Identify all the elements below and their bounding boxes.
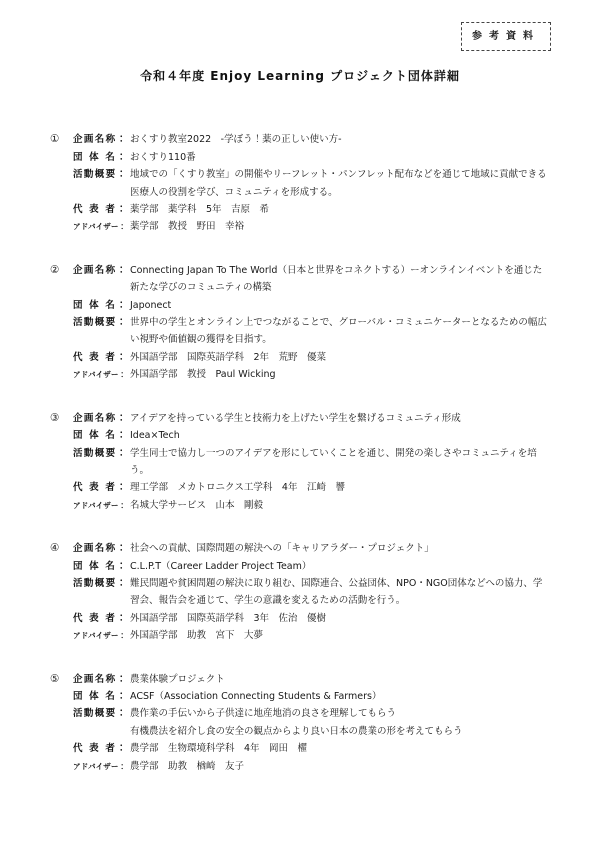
representative-name: 農学部 生物環境科学科 4年 岡田 櫂 bbox=[126, 740, 550, 757]
field-label-project: 企画名称： bbox=[73, 410, 126, 427]
advisor-name: 外国語学部 教授 Paul Wicking bbox=[126, 366, 550, 383]
entry-number: ⑤ bbox=[50, 671, 73, 688]
field-label-group: 団 体 名： bbox=[73, 688, 126, 705]
field-row-overview: 活動概要： 世界中の学生とオンライン上でつながることで、グローバル・コミュニケー… bbox=[50, 314, 550, 349]
project-name: アイデアを持っている学生と技術力を上げたい学生を繋げるコミュニティ形成 bbox=[126, 410, 550, 427]
field-row-overview: 活動概要： 農作業の手伝いから子供達に地産地消の良さを理解してもらう 有機農法を… bbox=[50, 705, 550, 740]
field-label-overview: 活動概要： bbox=[73, 705, 126, 722]
field-label-representative: 代 表 者： bbox=[73, 349, 126, 366]
activity-overview: 地域での「くすり教室」の開催やリーフレット・パンフレット配布などを通じて地域に貢… bbox=[126, 166, 550, 201]
project-entry-3: ③ 企画名称： アイデアを持っている学生と技術力を上げたい学生を繋げるコミュニテ… bbox=[50, 410, 550, 514]
entry-number: ④ bbox=[50, 540, 73, 557]
field-row-advisor: アドバイザー： 外国語学部 教授 Paul Wicking bbox=[50, 366, 550, 383]
representative-name: 外国語学部 国際英語学科 3年 佐治 優樹 bbox=[126, 610, 550, 627]
field-label-representative: 代 表 者： bbox=[73, 479, 126, 496]
field-label-group: 団 体 名： bbox=[73, 149, 126, 166]
advisor-name: 外国語学部 助教 宮下 大夢 bbox=[126, 627, 550, 644]
field-label-project: 企画名称： bbox=[73, 262, 126, 279]
group-name: おくすり110番 bbox=[126, 149, 550, 166]
project-entry-2: ② 企画名称： Connecting Japan To The World（日本… bbox=[50, 262, 550, 384]
field-row-project: ② 企画名称： Connecting Japan To The World（日本… bbox=[50, 262, 550, 297]
field-row-overview: 活動概要： 難民問題や貧困問題の解決に取り組む、国際連合、公益団体、NPO・NG… bbox=[50, 575, 550, 610]
advisor-name: 名城大学サービス 山本 剛毅 bbox=[126, 497, 550, 514]
field-row-group: 団 体 名： おくすり110番 bbox=[50, 149, 550, 166]
field-row-advisor: アドバイザー： 名城大学サービス 山本 剛毅 bbox=[50, 497, 550, 514]
group-name: Japonect bbox=[126, 297, 550, 314]
field-label-group: 団 体 名： bbox=[73, 297, 126, 314]
representative-name: 外国語学部 国際英語学科 2年 荒野 優菜 bbox=[126, 349, 550, 366]
advisor-name: 薬学部 教授 野田 幸裕 bbox=[126, 218, 550, 235]
document-page: 参考資料 令和４年度 Enjoy Learning プロジェクト団体詳細 ① 企… bbox=[0, 0, 595, 842]
field-label-overview: 活動概要： bbox=[73, 166, 126, 183]
field-label-group: 団 体 名： bbox=[73, 427, 126, 444]
project-entry-5: ⑤ 企画名称： 農業体験プロジェクト 団 体 名： ACSF（Associati… bbox=[50, 671, 550, 775]
field-row-group: 団 体 名： Idea×Tech bbox=[50, 427, 550, 444]
field-label-advisor: アドバイザー： bbox=[73, 758, 126, 775]
field-row-representative: 代 表 者： 外国語学部 国際英語学科 3年 佐治 優樹 bbox=[50, 610, 550, 627]
project-entry-1: ① 企画名称： おくすり教室2022 -学ぼう！薬の正しい使い方- 団 体 名：… bbox=[50, 131, 550, 235]
page-title: 令和４年度 Enjoy Learning プロジェクト団体詳細 bbox=[50, 68, 550, 85]
project-name: Connecting Japan To The World（日本と世界をコネクト… bbox=[126, 262, 550, 297]
field-label-project: 企画名称： bbox=[73, 671, 126, 688]
field-label-advisor: アドバイザー： bbox=[73, 366, 126, 383]
group-name: ACSF（Association Connecting Students & F… bbox=[126, 688, 550, 705]
field-row-advisor: アドバイザー： 外国語学部 助教 宮下 大夢 bbox=[50, 627, 550, 644]
activity-overview: 難民問題や貧困問題の解決に取り組む、国際連合、公益団体、NPO・NGO団体などへ… bbox=[126, 575, 550, 610]
project-name: おくすり教室2022 -学ぼう！薬の正しい使い方- bbox=[126, 131, 550, 148]
field-label-overview: 活動概要： bbox=[73, 445, 126, 462]
project-name: 農業体験プロジェクト bbox=[126, 671, 550, 688]
entry-number: ① bbox=[50, 131, 73, 148]
entry-number: ③ bbox=[50, 410, 73, 427]
field-label-advisor: アドバイザー： bbox=[73, 218, 126, 235]
field-row-project: ⑤ 企画名称： 農業体験プロジェクト bbox=[50, 671, 550, 688]
group-name: Idea×Tech bbox=[126, 427, 550, 444]
field-label-advisor: アドバイザー： bbox=[73, 497, 126, 514]
field-row-representative: 代 表 者： 薬学部 薬学科 5年 吉原 希 bbox=[50, 201, 550, 218]
field-label-representative: 代 表 者： bbox=[73, 610, 126, 627]
field-row-representative: 代 表 者： 農学部 生物環境科学科 4年 岡田 櫂 bbox=[50, 740, 550, 757]
reference-stamp-box: 参考資料 bbox=[461, 22, 551, 51]
reference-stamp-label: 参考資料 bbox=[472, 31, 540, 42]
project-entry-4: ④ 企画名称： 社会への貢献、国際問題の解決への「キャリアラダー・プロジェクト」… bbox=[50, 540, 550, 644]
entry-list: ① 企画名称： おくすり教室2022 -学ぼう！薬の正しい使い方- 団 体 名：… bbox=[50, 131, 550, 775]
field-row-overview: 活動概要： 地域での「くすり教室」の開催やリーフレット・パンフレット配布などを通… bbox=[50, 166, 550, 201]
entry-number: ② bbox=[50, 262, 73, 279]
field-label-representative: 代 表 者： bbox=[73, 740, 126, 757]
advisor-name: 農学部 助教 楢崎 友子 bbox=[126, 758, 550, 775]
representative-name: 薬学部 薬学科 5年 吉原 希 bbox=[126, 201, 550, 218]
field-label-overview: 活動概要： bbox=[73, 314, 126, 331]
field-label-project: 企画名称： bbox=[73, 540, 126, 557]
field-row-group: 団 体 名： ACSF（Association Connecting Stude… bbox=[50, 688, 550, 705]
field-label-advisor: アドバイザー： bbox=[73, 627, 126, 644]
representative-name: 理工学部 メカトロニクス工学科 4年 江崎 響 bbox=[126, 479, 550, 496]
field-row-representative: 代 表 者： 理工学部 メカトロニクス工学科 4年 江崎 響 bbox=[50, 479, 550, 496]
field-row-advisor: アドバイザー： 薬学部 教授 野田 幸裕 bbox=[50, 218, 550, 235]
field-row-project: ③ 企画名称： アイデアを持っている学生と技術力を上げたい学生を繋げるコミュニテ… bbox=[50, 410, 550, 427]
field-label-overview: 活動概要： bbox=[73, 575, 126, 592]
field-row-project: ① 企画名称： おくすり教室2022 -学ぼう！薬の正しい使い方- bbox=[50, 131, 550, 148]
field-label-group: 団 体 名： bbox=[73, 558, 126, 575]
field-row-project: ④ 企画名称： 社会への貢献、国際問題の解決への「キャリアラダー・プロジェクト」 bbox=[50, 540, 550, 557]
field-row-advisor: アドバイザー： 農学部 助教 楢崎 友子 bbox=[50, 758, 550, 775]
activity-overview: 世界中の学生とオンライン上でつながることで、グローバル・コミュニケーターとなるた… bbox=[126, 314, 550, 349]
field-label-representative: 代 表 者： bbox=[73, 201, 126, 218]
field-row-representative: 代 表 者： 外国語学部 国際英語学科 2年 荒野 優菜 bbox=[50, 349, 550, 366]
field-row-group: 団 体 名： Japonect bbox=[50, 297, 550, 314]
field-row-overview: 活動概要： 学生同士で協力し一つのアイデアを形にしていくことを通じ、開発の楽しさ… bbox=[50, 445, 550, 480]
group-name: C.L.P.T（Career Ladder Project Team） bbox=[126, 558, 550, 575]
field-label-project: 企画名称： bbox=[73, 131, 126, 148]
field-row-group: 団 体 名： C.L.P.T（Career Ladder Project Tea… bbox=[50, 558, 550, 575]
activity-overview: 農作業の手伝いから子供達に地産地消の良さを理解してもらう 有機農法を紹介し食の安… bbox=[126, 705, 550, 740]
project-name: 社会への貢献、国際問題の解決への「キャリアラダー・プロジェクト」 bbox=[126, 540, 550, 557]
activity-overview: 学生同士で協力し一つのアイデアを形にしていくことを通じ、開発の楽しさやコミュニテ… bbox=[126, 445, 550, 480]
